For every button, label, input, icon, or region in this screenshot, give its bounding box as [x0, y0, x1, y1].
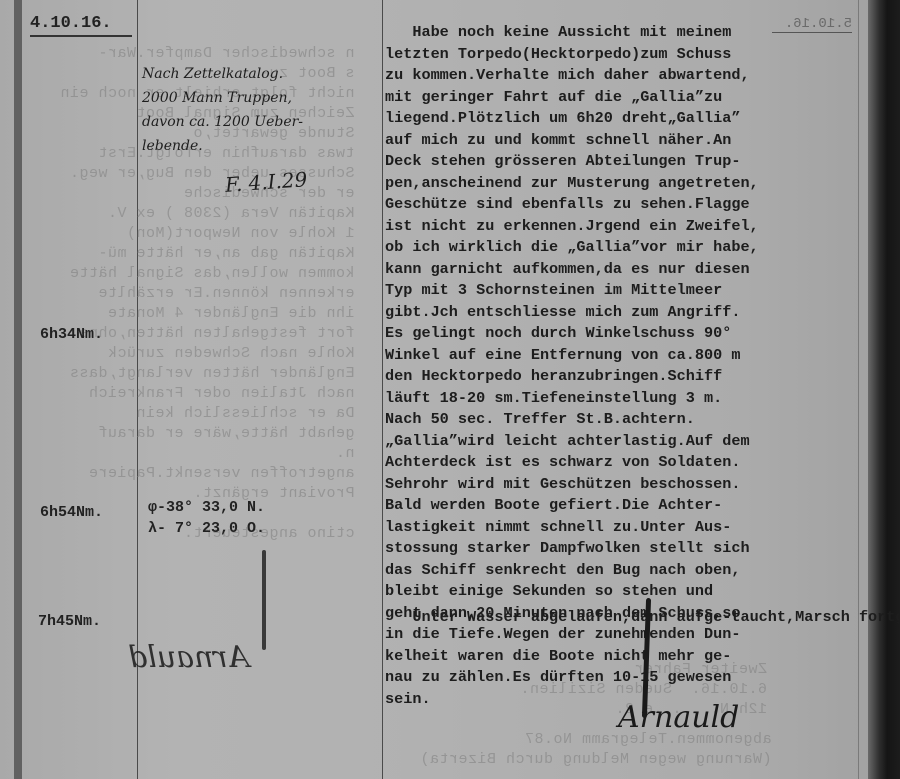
narrative-line: Achterdeck ist es schwarz von Soldaten.	[385, 452, 860, 474]
narrative-line: Bald werden Boote gefiert.Die Achter-	[385, 495, 860, 517]
handwritten-line: davon ca. 1200 Ueber-	[142, 110, 382, 134]
narrative-line: Sehrohr wird mit Geschützen beschossen.	[385, 474, 860, 496]
narrative-line: gibt.Jch entschliesse mich zum Angriff.	[385, 302, 860, 324]
narrative-line: läuft 18-20 sm.Tiefeneinstellung 3 m.	[385, 388, 860, 410]
log-closing: Unter Wasser abgelaufen,dann aufge-tauch…	[385, 607, 860, 629]
signature-stroke	[262, 550, 266, 650]
closing-line: Unter Wasser abgelaufen,dann aufge-	[385, 608, 731, 626]
log-date: 4.10.16.	[30, 14, 132, 37]
narrative-line: Nach 50 sec. Treffer St.B.achtern.	[385, 409, 860, 431]
column-rule-position	[382, 0, 383, 779]
narrative-line: nau zu zählen.Es dürften 10-15 gewesen	[385, 667, 860, 689]
position-coordinates: φ-38° 33,0 N. λ- 7° 23,0 O.	[148, 497, 265, 539]
narrative-line: Deck stehen grösseren Abteilungen Trup-	[385, 151, 860, 173]
binding-margin-bar	[14, 0, 22, 779]
narrative-line: Es gelingt noch durch Winkelschuss 90°	[385, 323, 860, 345]
handwritten-line: Nach Zettelkatalog.	[142, 62, 382, 86]
narrative-line: bleibt einige Sekunden so stehen und	[385, 581, 860, 603]
signature: Arnauld	[618, 700, 739, 735]
closing-line: taucht,Marsch fortgesetzt.	[731, 608, 900, 626]
handwritten-note: Nach Zettelkatalog. 2000 Mann Truppen, d…	[142, 62, 382, 158]
narrative-line: liegend.Plötzlich um 6h20 dreht„Gallia”	[385, 108, 860, 130]
entry-time: 6h34Nm.	[40, 326, 103, 343]
bleed-through-bottom-left: abgenommen.Telegramm No.87 (Warnung wege…	[420, 730, 772, 770]
narrative-line: Winkel auf eine Entfernung von ca.800 m	[385, 345, 860, 367]
page-edge-shadow	[868, 0, 900, 779]
narrative-line: das Schiff senkrecht den Bug nach oben,	[385, 560, 860, 582]
narrative-line: „Gallia”wird leicht achterlastig.Auf dem	[385, 431, 860, 453]
narrative-line: kann garnicht aufkommen,da es nur diesen	[385, 259, 860, 281]
entry-time: 6h54Nm.	[40, 504, 103, 521]
handwritten-line: 2000 Mann Truppen,	[142, 86, 382, 110]
narrative-line: zu kommen.Verhalte mich daher abwartend,	[385, 65, 860, 87]
signature-mirrored: Arnauld	[128, 640, 249, 675]
narrative-line: Habe noch keine Aussicht mit meinem	[385, 22, 860, 44]
handwritten-line: lebende.	[142, 134, 382, 158]
narrative-line: mit geringer Fahrt auf die „Gallia”zu	[385, 87, 860, 109]
narrative-line: kelheit waren die Boote nicht mehr ge-	[385, 646, 860, 668]
narrative-line: stossung starker Dampfwolken stellt sich	[385, 538, 860, 560]
narrative-line: Typ mit 3 Schornsteinen im Mittelmeer	[385, 280, 860, 302]
narrative-line: ist nicht zu erkennen.Jrgend ein Zweifel…	[385, 216, 860, 238]
entry-time: 7h45Nm.	[38, 613, 101, 630]
narrative-line: auf mich zu und kommt schnell näher.An	[385, 130, 860, 152]
narrative-line: pen,anscheinend zur Musterung angetreten…	[385, 173, 860, 195]
narrative-line: lastigkeit nimmt schnell zu.Unter Aus-	[385, 517, 860, 539]
latitude: φ-38° 33,0 N.	[148, 499, 265, 516]
narrative-line: letzten Torpedo(Hecktorpedo)zum Schuss	[385, 44, 860, 66]
narrative-line: Geschütze sind ebenfalls zu sehen.Flagge	[385, 194, 860, 216]
longitude: λ- 7° 23,0 O.	[148, 520, 265, 537]
narrative-line: den Hecktorpedo heranzubringen.Schiff	[385, 366, 860, 388]
narrative-line: ob ich wirklich die „Gallia”vor mir habe…	[385, 237, 860, 259]
